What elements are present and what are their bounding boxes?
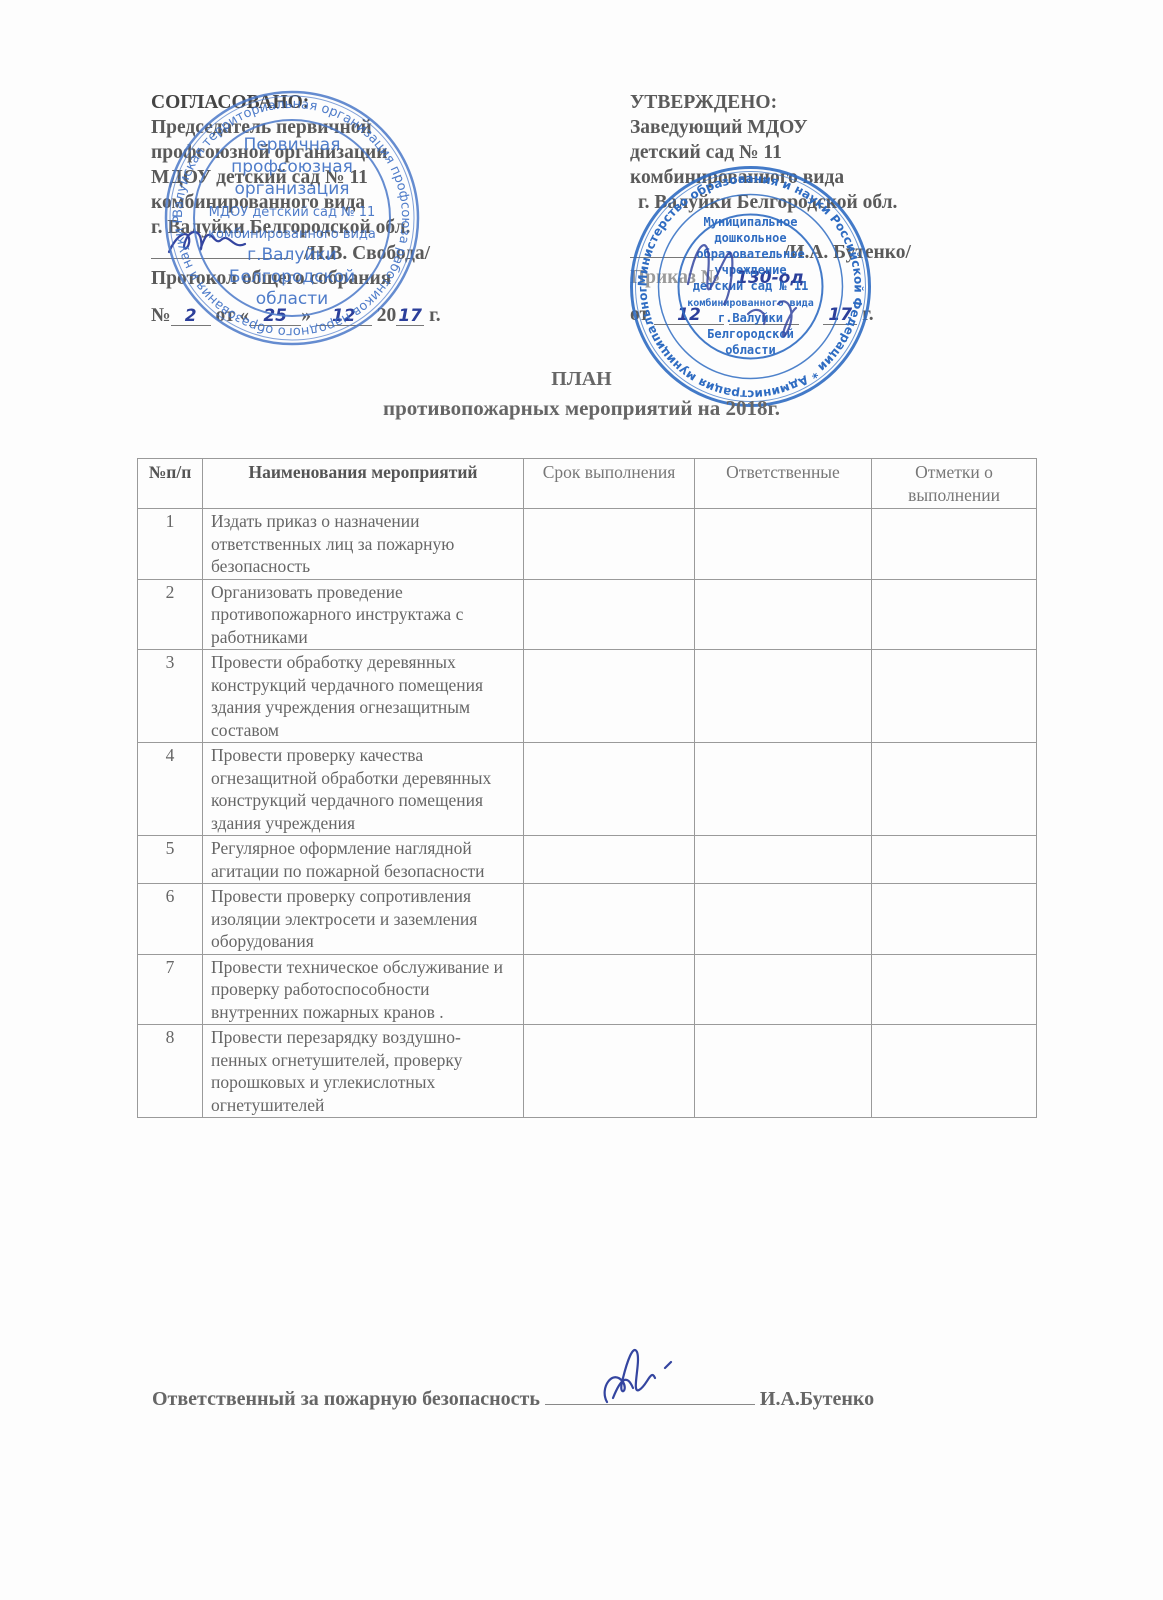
footer-signatory: И.А.Бутенко — [760, 1388, 874, 1410]
year-unit: г. — [862, 304, 874, 325]
agreed-line: комбинированного вида — [151, 190, 481, 215]
year-unit: г. — [429, 305, 441, 326]
approved-line: Заведующий МДОУ — [630, 115, 970, 140]
row-marks — [872, 1025, 1037, 1118]
agreed-line: МДОУ детский сад № 11 — [151, 165, 481, 190]
date-quote: » — [301, 305, 311, 326]
plan-subtitle: противопожарных мероприятий на 2018г. — [0, 396, 1163, 421]
table-row: 2Организовать проведение противопожарног… — [138, 579, 1037, 650]
row-deadline — [524, 650, 695, 743]
table-row: 6Провести проверку сопротивления изоляци… — [138, 884, 1037, 955]
signature-icon — [151, 240, 291, 259]
table-header-row: №п/п Наименования мероприятий Срок выпол… — [138, 459, 1037, 509]
row-responsible — [695, 579, 872, 650]
column-header-deadline: Срок выполнения — [524, 459, 695, 509]
protocol-label: Протокол общего собрания — [151, 266, 481, 291]
row-number: 7 — [138, 954, 203, 1025]
row-activity: Провести перезарядку воздушно-пенных огн… — [203, 1025, 524, 1118]
row-marks — [872, 743, 1037, 836]
year-prefix: 20 — [804, 304, 824, 325]
year-prefix: 20 — [377, 305, 397, 326]
row-activity: Провести проверку качества огнезащитной … — [203, 743, 524, 836]
footer-label: Ответственный за пожарную безопасность — [152, 1388, 540, 1410]
column-header-responsible: Ответственные — [695, 459, 872, 509]
protocol-day: 25 — [249, 307, 301, 326]
row-responsible — [695, 743, 872, 836]
row-marks — [872, 954, 1037, 1025]
row-activity: Провести проверку сопротивления изоляции… — [203, 884, 524, 955]
row-number: 5 — [138, 836, 203, 884]
column-header-activity: Наименования мероприятий — [203, 459, 524, 509]
row-marks — [872, 836, 1037, 884]
date-from-label: от « — [215, 305, 249, 326]
row-deadline — [524, 743, 695, 836]
row-responsible — [695, 954, 872, 1025]
approved-line: комбинированного вида — [630, 165, 970, 190]
table-row: 7Провести техническое обслуживание и про… — [138, 954, 1037, 1025]
order-number: 130-од — [725, 269, 815, 287]
agreed-line: профсоюзной организации — [151, 140, 481, 165]
approved-line: детский сад № 11 — [630, 140, 970, 165]
approval-block-approved: УТВЕРЖДЕНО: Заведующий МДОУ детский сад … — [630, 90, 970, 327]
row-marks — [872, 650, 1037, 743]
row-number: 1 — [138, 509, 203, 580]
svg-text:области: области — [725, 343, 776, 357]
order-label: Приказ № — [630, 267, 720, 288]
order-date-line: от 12 12 2017 г. — [630, 302, 970, 327]
column-header-marks: Отметки о выполнении — [872, 459, 1037, 509]
table-row: 8Провести перезарядку воздушно-пенных ог… — [138, 1025, 1037, 1118]
row-number: 6 — [138, 884, 203, 955]
row-responsible — [695, 650, 872, 743]
column-header-number: №п/п — [138, 459, 203, 509]
row-marks — [872, 579, 1037, 650]
approved-signature-line: /И.А. Бутенко/ — [630, 239, 970, 265]
order-month: 12 — [729, 306, 799, 325]
protocol-month: 12 — [316, 307, 372, 326]
table-row: 4Провести проверку качества огнезащитной… — [138, 743, 1037, 836]
order-line: Приказ № 130-од — [630, 265, 970, 290]
row-responsible — [695, 836, 872, 884]
protocol-number-date: №2 от «25» 12 2017 г. — [151, 303, 481, 328]
row-deadline — [524, 1025, 695, 1118]
row-activity: Издать приказ о назначении ответственных… — [203, 509, 524, 580]
svg-text:Белгородской: Белгородской — [707, 327, 794, 341]
table-row: 1Издать приказ о назначении ответственны… — [138, 509, 1037, 580]
row-activity: Регулярное оформление наглядной агитации… — [203, 836, 524, 884]
row-activity: Организовать проведение противопожарного… — [203, 579, 524, 650]
approved-line: г. Валуйки Белгородской обл. — [630, 190, 970, 215]
protocol-number: 2 — [171, 307, 211, 326]
row-marks — [872, 509, 1037, 580]
plan-title: ПЛАН — [0, 368, 1163, 391]
signature-icon — [545, 1384, 755, 1405]
protocol-year: 17 — [396, 307, 424, 326]
row-number: 3 — [138, 650, 203, 743]
row-number: 2 — [138, 579, 203, 650]
row-deadline — [524, 579, 695, 650]
row-number: 4 — [138, 743, 203, 836]
approved-signatory: /И.А. Бутенко/ — [784, 242, 911, 263]
signature-icon — [630, 239, 775, 258]
approval-block-agreed: СОГЛАСОВАНО: Председатель первичной проф… — [151, 90, 481, 328]
table-row: 3Провести обработку деревянных конструкц… — [138, 650, 1037, 743]
agreed-signature-line: /Н.В. Свобода/ — [151, 240, 481, 266]
fire-safety-plan-table: №п/п Наименования мероприятий Срок выпол… — [137, 458, 1037, 1118]
agreed-line: Председатель первичной — [151, 115, 481, 140]
row-activity: Провести техническое обслуживание и пров… — [203, 954, 524, 1025]
agreed-heading: СОГЛАСОВАНО: — [151, 90, 481, 115]
row-responsible — [695, 509, 872, 580]
order-day: 12 — [654, 306, 724, 325]
table-row: 5Регулярное оформление наглядной агитаци… — [138, 836, 1037, 884]
row-deadline — [524, 509, 695, 580]
row-activity: Провести обработку деревянных конструкци… — [203, 650, 524, 743]
row-responsible — [695, 884, 872, 955]
responsible-footer: Ответственный за пожарную безопасность И… — [152, 1384, 874, 1411]
row-number: 8 — [138, 1025, 203, 1118]
row-deadline — [524, 836, 695, 884]
row-responsible — [695, 1025, 872, 1118]
row-deadline — [524, 954, 695, 1025]
number-sign: № — [151, 305, 171, 326]
order-year: 17 — [823, 306, 857, 325]
document-page: СОГЛАСОВАНО: Председатель первичной проф… — [0, 0, 1163, 1600]
agreed-signatory: /Н.В. Свобода/ — [304, 243, 430, 264]
row-marks — [872, 884, 1037, 955]
approved-heading: УТВЕРЖДЕНО: — [630, 90, 970, 115]
row-deadline — [524, 884, 695, 955]
date-from-label: от — [630, 304, 649, 325]
